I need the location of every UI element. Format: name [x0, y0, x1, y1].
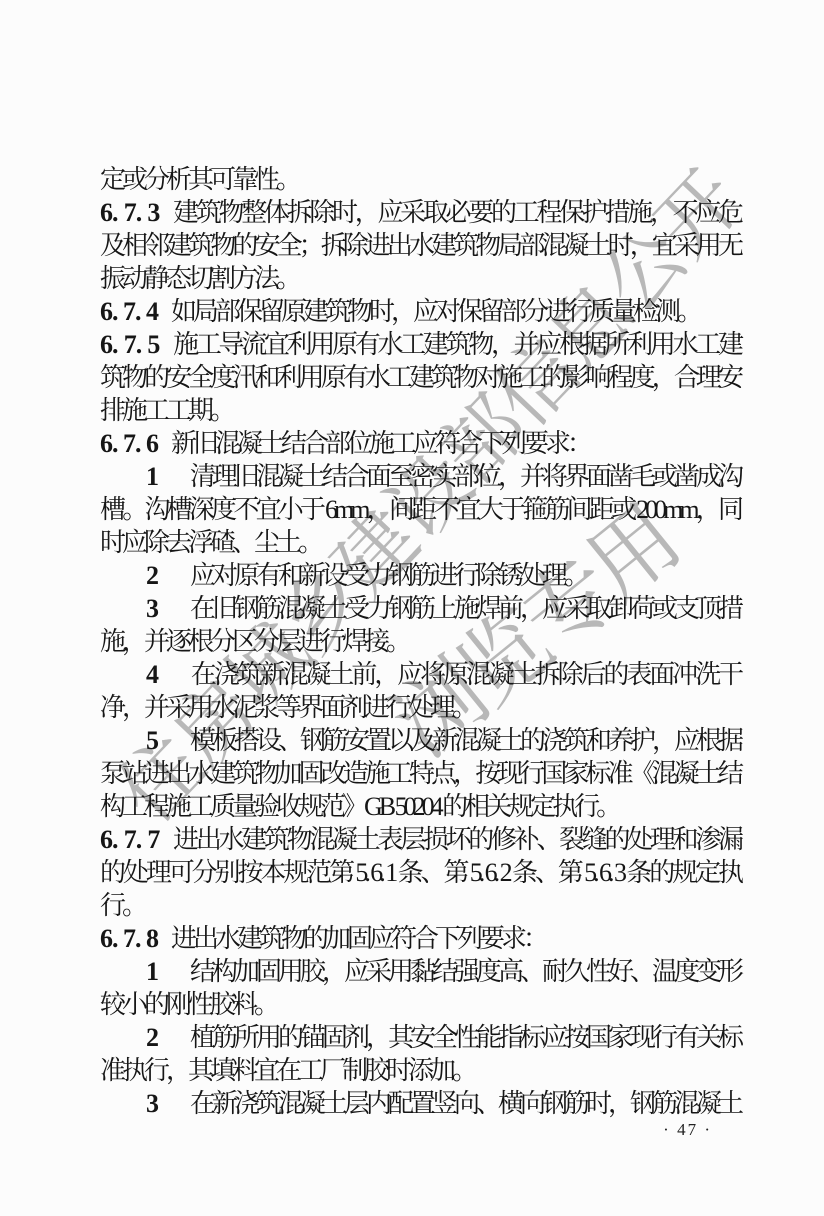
item-number: 3: [146, 594, 158, 623]
clause-paragraph: 6. 7. 8进出水建筑物的加固应符合下列要求：: [100, 922, 740, 955]
clause-number: 6. 7. 8: [100, 924, 158, 953]
item-number: 1: [146, 462, 158, 491]
item-number: 5: [146, 726, 158, 755]
paragraph-text: 建筑物整体拆除时，应采取必要的工程保护措施，不应危及相邻建筑物的安全；拆除进出水…: [100, 198, 740, 293]
item-number: 2: [146, 1023, 158, 1052]
document-body: 定或分析其可靠性。6. 7. 3建筑物整体拆除时，应采取必要的工程保护措施，不应…: [100, 163, 740, 1120]
document-page: 住房城乡建设部信息公开 浏览专用 定或分析其可靠性。6. 7. 3建筑物整体拆除…: [0, 0, 824, 1216]
paragraph-text: 清理旧混凝土结合面至密实部位，并将界面凿毛或凿成沟槽。沟槽深度不宜小于 6mm，…: [100, 462, 740, 557]
sub-item-paragraph: 2植筋所用的锚固剂，其安全性能指标应按国家现行有关标准执行，其填料宜在工厂制胶时…: [100, 1021, 740, 1087]
clause-paragraph: 6. 7. 5施工导流宜利用原有水工建筑物，并应根据所利用水工建筑物的安全度汛和…: [100, 328, 740, 427]
clause-number: 6. 7. 7: [100, 825, 159, 854]
clause-number: 6. 7. 3: [100, 198, 159, 227]
paragraph-text: 植筋所用的锚固剂，其安全性能指标应按国家现行有关标准执行，其填料宜在工厂制胶时添…: [100, 1023, 740, 1085]
paragraph-text: 如局部保留原建筑物时，应对保留部分进行质量检测。: [171, 297, 699, 326]
clause-paragraph: 6. 7. 7进出水建筑物混凝土表层损坏的修补、裂缝的处理和渗漏的处理可分别按本…: [100, 823, 740, 922]
sub-item-paragraph: 2应对原有和新设受力钢筋进行除锈处理。: [100, 559, 740, 592]
clause-paragraph: 6. 7. 4如局部保留原建筑物时，应对保留部分进行质量检测。: [100, 295, 740, 328]
clause-number: 6. 7. 4: [100, 297, 158, 326]
item-number: 3: [146, 1089, 158, 1118]
item-number: 2: [146, 561, 158, 590]
sub-item-paragraph: 5模板搭设、钢筋安置以及新混凝土的浇筑和养护，应根据泵站进出水建筑物加固改造施工…: [100, 724, 740, 823]
paragraph-text: 新旧混凝土结合部位施工应符合下列要求：: [171, 429, 589, 458]
sub-item-paragraph: 1结构加固用胶，应采用黏结强度高、耐久性好、温度变形较小的刚性胶料。: [100, 955, 740, 1021]
clause-number: 6. 7. 6: [100, 429, 158, 458]
sub-item-paragraph: 3在新浇筑混凝土层内配置竖向、横向钢筋时，钢筋混凝土: [100, 1087, 740, 1120]
item-number: 4: [146, 660, 158, 689]
paragraph-text: 定或分析其可靠性。: [100, 165, 298, 194]
clause-paragraph: 6. 7. 3建筑物整体拆除时，应采取必要的工程保护措施，不应危及相邻建筑物的安…: [100, 196, 740, 295]
paragraph-text: 在旧钢筋混凝土受力钢筋上施焊前，应采取卸荷或支顶措施，并逐根分区分层进行焊接。: [100, 594, 740, 656]
continuation-paragraph: 定或分析其可靠性。: [100, 163, 740, 196]
paragraph-text: 施工导流宜利用原有水工建筑物，并应根据所利用水工建筑物的安全度汛和利用原有水工建…: [100, 330, 740, 425]
item-number: 1: [146, 957, 158, 986]
sub-item-paragraph: 3在旧钢筋混凝土受力钢筋上施焊前，应采取卸荷或支顶措施，并逐根分区分层进行焊接。: [100, 592, 740, 658]
paragraph-text: 应对原有和新设受力钢筋进行除锈处理。: [190, 561, 586, 590]
page-number: · 47 ·: [663, 1120, 712, 1140]
clause-number: 6. 7. 5: [100, 330, 159, 359]
paragraph-text: 进出水建筑物混凝土表层损坏的修补、裂缝的处理和渗漏的处理可分别按本规范第 5. …: [100, 825, 740, 920]
sub-item-paragraph: 4在浇筑新混凝土前，应将原混凝土拆除后的表面冲洗干净，并采用水泥浆等界面剂进行处…: [100, 658, 740, 724]
paragraph-text: 结构加固用胶，应采用黏结强度高、耐久性好、温度变形较小的刚性胶料。: [100, 957, 740, 1019]
paragraph-text: 模板搭设、钢筋安置以及新混凝土的浇筑和养护，应根据泵站进出水建筑物加固改造施工特…: [100, 726, 740, 821]
paragraph-text: 在浇筑新混凝土前，应将原混凝土拆除后的表面冲洗干净，并采用水泥浆等界面剂进行处理…: [100, 660, 740, 722]
sub-item-paragraph: 1清理旧混凝土结合面至密实部位，并将界面凿毛或凿成沟槽。沟槽深度不宜小于 6mm…: [100, 460, 740, 559]
clause-paragraph: 6. 7. 6新旧混凝土结合部位施工应符合下列要求：: [100, 427, 740, 460]
paragraph-text: 在新浇筑混凝土层内配置竖向、横向钢筋时，钢筋混凝土: [190, 1089, 740, 1118]
paragraph-text: 进出水建筑物的加固应符合下列要求：: [171, 924, 545, 953]
